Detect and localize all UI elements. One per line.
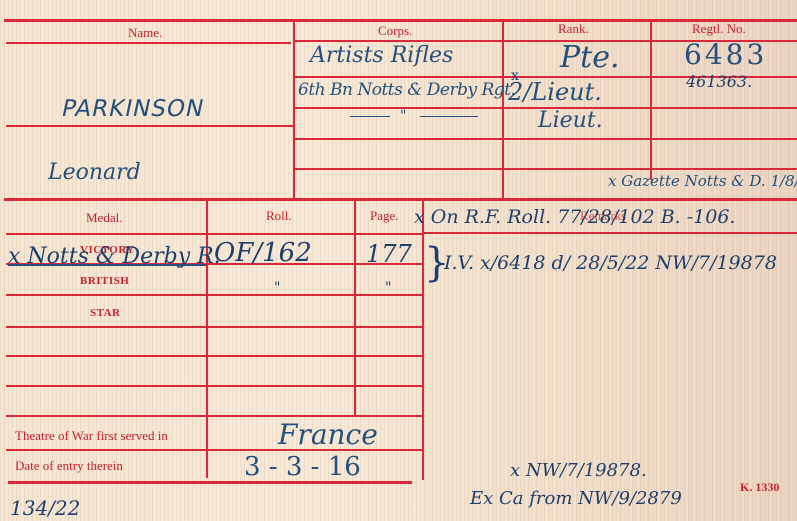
rank-1: Pte. — [560, 40, 620, 75]
medal-index-card: Name. Corps. Rank. Regtl. No. PARKINSON … — [0, 0, 797, 521]
rule-medal-row4 — [6, 355, 422, 357]
roll-ditto: " — [274, 280, 280, 296]
medal-strike-line — [8, 264, 206, 266]
gazette-note: x Gazette Notts & D. 1/8/ — [608, 172, 797, 190]
page-entry: 177 — [366, 240, 412, 268]
rule-name-header — [6, 42, 291, 44]
page-ditto: " — [385, 280, 391, 296]
rule-section-divider — [4, 198, 797, 201]
rule-medal-row2 — [6, 294, 422, 296]
rule-v-rank — [650, 20, 652, 180]
remarks-line-2: I.V. x/6418 d/ 28/5/22 NW/7/19878 — [444, 252, 777, 274]
rank-3: Lieut. — [538, 108, 603, 133]
regtl-no-1: 6483 — [684, 38, 767, 71]
rule-medal-row6 — [6, 415, 422, 417]
bottom-note-1: x NW/7/19878. — [510, 460, 647, 481]
forename: Leonard — [48, 160, 141, 185]
corps-3-ditto: " — [400, 108, 406, 124]
rule-remarks — [422, 232, 797, 234]
corps-1: Artists Rifles — [310, 43, 453, 68]
header-page: Page. — [370, 208, 399, 224]
header-roll: Roll. — [266, 208, 292, 224]
medal-british: British — [80, 275, 129, 287]
rule-v-medal — [206, 200, 208, 478]
corner-note: 134/22 — [10, 496, 80, 520]
theatre-value: France — [278, 418, 378, 451]
header-name: Name. — [128, 25, 162, 41]
header-regtl-no: Regtl. No. — [692, 21, 746, 37]
rule-v-name — [293, 20, 295, 200]
label-theatre: Theatre of War first served in — [15, 428, 168, 444]
rule-medal-header — [6, 233, 422, 235]
remarks-line-1: x On R.F. Roll. 77/28/102 B. -106. — [414, 206, 735, 228]
label-date-entry: Date of entry therein — [15, 458, 123, 474]
header-rank: Rank. — [558, 21, 589, 37]
bottom-note-2: Ex Ca from NW/9/2879 — [470, 488, 682, 509]
date-value: 3 - 3 - 16 — [244, 452, 361, 482]
surname: PARKINSON — [59, 96, 207, 122]
ditto-underline-2 — [420, 116, 478, 117]
rule-row4 — [295, 138, 797, 140]
rank-2: 2/Lieut. — [508, 78, 602, 106]
rule-top — [4, 19, 797, 22]
rule-medal-row5 — [6, 385, 422, 387]
ditto-underline-1 — [350, 116, 390, 117]
roll-entry: OF/162 — [214, 238, 312, 268]
form-number: K. 1330 — [740, 480, 779, 495]
rule-v-corps — [502, 20, 504, 200]
rule-name-mid — [6, 125, 294, 127]
medal-star: Star — [90, 307, 121, 319]
rule-medal-row3 — [6, 326, 422, 328]
rule-row5 — [295, 168, 797, 170]
header-medal: Medal. — [86, 210, 122, 226]
corps-2: 6th Bn Notts & Derby Rgt. — [298, 80, 515, 100]
header-corps: Corps. — [378, 23, 412, 39]
regtl-no-2: 461363. — [686, 72, 752, 91]
